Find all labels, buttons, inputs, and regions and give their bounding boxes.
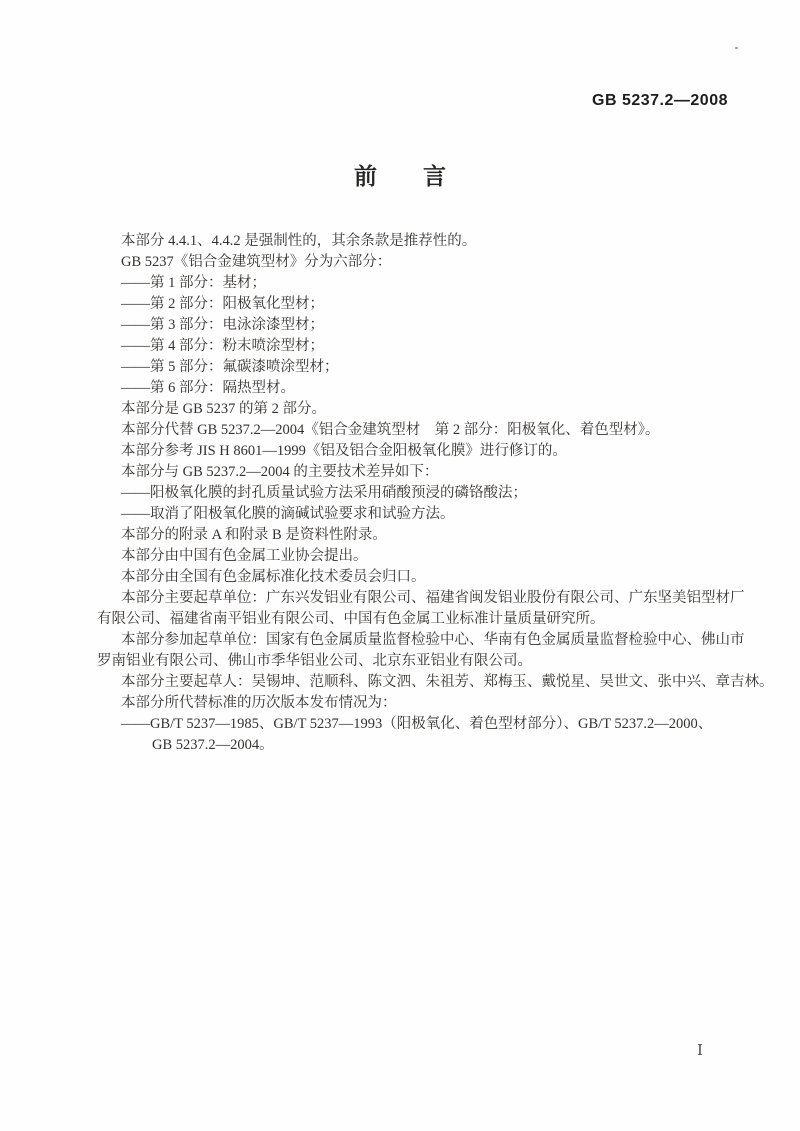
preface-line: 本部分与 GB 5237.2—2004 的主要技术差异如下： — [97, 462, 747, 483]
preface-line: 本部分主要起草单位：广东兴发铝业有限公司、福建省闽发铝业股份有限公司、广东坚美铝… — [97, 588, 747, 609]
preface-line: GB 5237.2—2004。 — [97, 735, 747, 756]
scan-artifact-speck — [735, 47, 738, 49]
preface-line: ——第 4 部分：粉末喷涂型材； — [97, 336, 747, 357]
preface-line: 本部分参加起草单位：国家有色金属质量监督检验中心、华南有色金属质量监督检验中心、… — [97, 630, 747, 651]
preface-line: 本部分是 GB 5237 的第 2 部分。 — [97, 399, 747, 420]
page-number: Ⅰ — [697, 1041, 703, 1060]
preface-line: ——第 2 部分：阳极氧化型材； — [97, 294, 747, 315]
preface-line: ——第 3 部分：电泳涂漆型材； — [97, 315, 747, 336]
preface-line: 本部分由中国有色金属工业协会提出。 — [97, 546, 747, 567]
page-title: 前 言 — [0, 158, 800, 191]
standard-code: GB 5237.2—2008 — [592, 92, 728, 110]
preface-line: 有限公司、福建省南平铝业有限公司、中国有色金属工业标准计量质量研究所。 — [97, 609, 747, 630]
preface-line: ——GB/T 5237—1985、GB/T 5237—1993（阳极氧化、着色型… — [97, 714, 747, 735]
preface-line: ——取消了阳极氧化膜的滴碱试验要求和试验方法。 — [97, 504, 747, 525]
preface-line: 本部分所代替标准的历次版本发布情况为： — [97, 693, 747, 714]
preface-line: 本部分参考 JIS H 8601—1999《铝及铝合金阳极氧化膜》进行修订的。 — [97, 441, 747, 462]
preface-line: ——第 5 部分：氟碳漆喷涂型材； — [97, 357, 747, 378]
preface-line: 本部分由全国有色金属标准化技术委员会归口。 — [97, 567, 747, 588]
preface-line: ——第 1 部分：基材； — [97, 273, 747, 294]
preface-line: 罗南铝业有限公司、佛山市季华铝业公司、北京东亚铝业有限公司。 — [97, 651, 747, 672]
preface-line: 本部分代替 GB 5237.2—2004《铝合金建筑型材 第 2 部分：阳极氧化… — [97, 420, 747, 441]
preface-body: 本部分 4.4.1、4.4.2 是强制性的，其余条款是推荐性的。 GB 5237… — [97, 231, 747, 756]
preface-line: GB 5237《铝合金建筑型材》分为六部分： — [97, 252, 747, 273]
preface-line: 本部分 4.4.1、4.4.2 是强制性的，其余条款是推荐性的。 — [97, 231, 747, 252]
preface-line: 本部分主要起草人：吴锡坤、范顺科、陈文泗、朱祖芳、郑梅玉、戴悦星、吴世文、张中兴… — [97, 672, 747, 693]
preface-line: ——第 6 部分：隔热型材。 — [97, 378, 747, 399]
preface-line: ——阳极氧化膜的封孔质量试验方法采用硝酸预浸的磷铬酸法； — [97, 483, 747, 504]
preface-line: 本部分的附录 A 和附录 B 是资料性附录。 — [97, 525, 747, 546]
scanned-document-page: GB 5237.2—2008 前 言 本部分 4.4.1、4.4.2 是强制性的… — [0, 0, 800, 1131]
